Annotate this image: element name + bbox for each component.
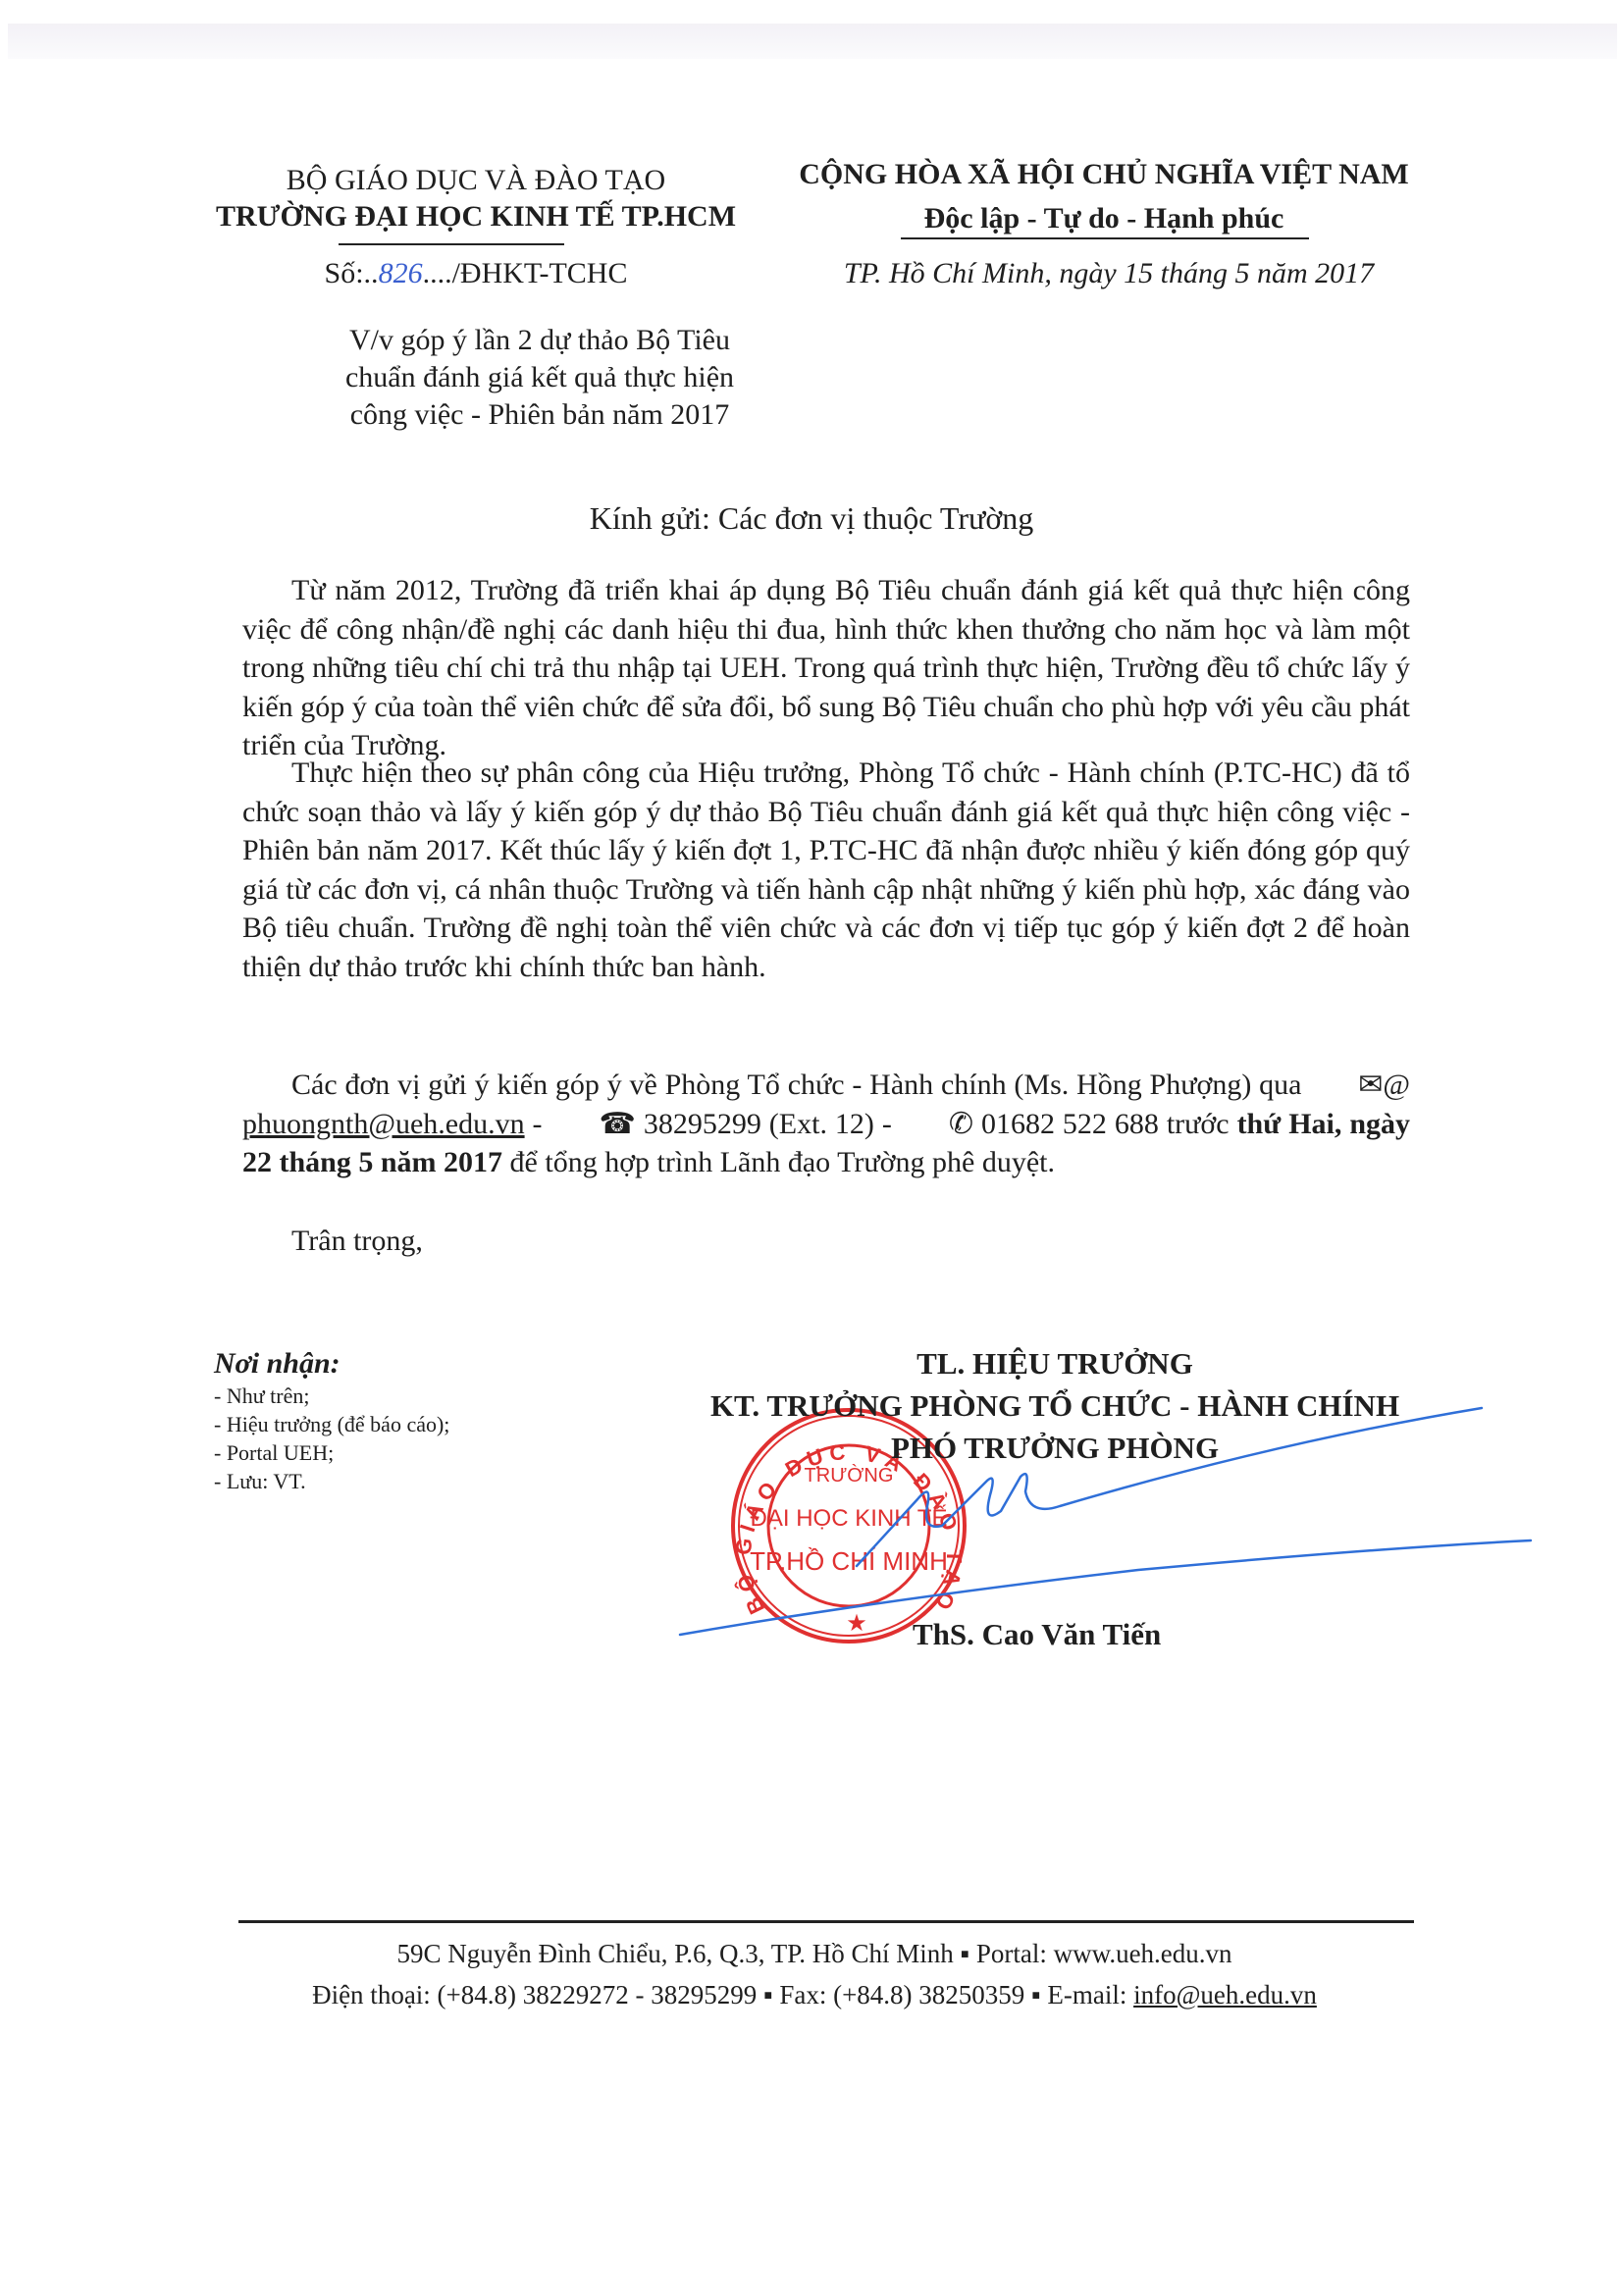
body-paragraph-3: Các đơn vị gửi ý kiến góp ý về Phòng Tổ … <box>242 1066 1410 1182</box>
nation-name: CỘNG HÒA XÃ HỘI CHỦ NGHĨA VIỆT NAM <box>785 152 1423 196</box>
star-icon: ★ <box>846 1611 867 1637</box>
issuer-underline <box>339 243 564 245</box>
recipient-item: - Portal UEH; <box>214 1438 449 1467</box>
recipient-item: - Lưu: VT. <box>214 1467 449 1495</box>
contact-mobile: 01682 522 688 trước <box>973 1108 1237 1140</box>
issuer-block: BỘ GIÁO DỤC VÀ ĐÀO TẠO TRƯỜNG ĐẠI HỌC KI… <box>191 162 760 235</box>
recipient-item: - Hiệu trưởng (để báo cáo); <box>214 1410 449 1438</box>
motto-underline <box>901 237 1309 239</box>
signature-title-2: KT. TRƯỞNG PHÒNG TỔ CHỨC - HÀNH CHÍNH <box>638 1384 1472 1427</box>
signature-block: TL. HIỆU TRƯỞNG KT. TRƯỞNG PHÒNG TỔ CHỨC… <box>638 1342 1472 1469</box>
footer-email-link[interactable]: info@ueh.edu.vn <box>1133 1980 1317 2009</box>
phone-icon: ☎ <box>550 1105 636 1144</box>
university-name: TRƯỜNG ĐẠI HỌC KINH TẾ TP.HCM <box>191 198 760 235</box>
contact-email-link[interactable]: phuongnth@ueh.edu.vn <box>242 1108 525 1140</box>
salutation: Kính gửi: Các đơn vị thuộc Trường <box>0 500 1623 537</box>
closing: Trân trọng, <box>291 1225 423 1258</box>
recipient-item: - Như trên; <box>214 1382 449 1410</box>
email-icon: ✉@ <box>1309 1066 1410 1105</box>
body-paragraph-1: Từ năm 2012, Trường đã triển khai áp dụn… <box>242 571 1410 765</box>
footer-divider <box>238 1920 1414 1923</box>
footer-address: 59C Nguyễn Đình Chiểu, P.6, Q.3, TP. Hồ … <box>177 1933 1452 1974</box>
ministry-name: BỘ GIÁO DỤC VÀ ĐÀO TẠO <box>191 162 760 198</box>
contact-phone: 38295299 (Ext. 12) <box>636 1108 874 1140</box>
handwritten-number: 826 <box>379 257 423 289</box>
svg-text:TP.HỒ CHÍ MINH: TP.HỒ CHÍ MINH <box>750 1546 948 1576</box>
recipients-block: Nơi nhận: - Như trên; - Hiệu trưởng (để … <box>214 1346 449 1495</box>
signature-title-3: PHÓ TRƯỞNG PHÒNG <box>638 1427 1472 1469</box>
document-subject: V/v góp ý lần 2 dự thảo Bộ Tiêu chuẩn đá… <box>324 322 756 434</box>
scan-shadow-band <box>8 24 1617 59</box>
signer-name: ThS. Cao Văn Tiến <box>913 1617 1161 1652</box>
footer: 59C Nguyễn Đình Chiểu, P.6, Q.3, TP. Hồ … <box>177 1933 1452 2015</box>
svg-text:ĐẠI HỌC KINH TẾ: ĐẠI HỌC KINH TẾ <box>751 1504 948 1532</box>
place-date: TP. Hồ Chí Minh, ngày 15 tháng 5 năm 201… <box>795 257 1423 290</box>
national-header: CỘNG HÒA XÃ HỘI CHỦ NGHĨA VIỆT NAM Độc l… <box>785 152 1423 240</box>
footer-contacts: Điện thoại: (+84.8) 38229272 - 38295299 … <box>177 1974 1452 2015</box>
signature-title-1: TL. HIỆU TRƯỞNG <box>638 1342 1472 1384</box>
body-paragraph-2: Thực hiện theo sự phân công của Hiệu trư… <box>242 754 1410 986</box>
document-number: Số:..826..../ĐHKT-TCHC <box>191 257 760 290</box>
recipients-title: Nơi nhận: <box>214 1346 449 1382</box>
national-motto: Độc lập - Tự do - Hạnh phúc <box>785 196 1423 240</box>
mobile-phone-icon: ✆ <box>900 1105 973 1144</box>
